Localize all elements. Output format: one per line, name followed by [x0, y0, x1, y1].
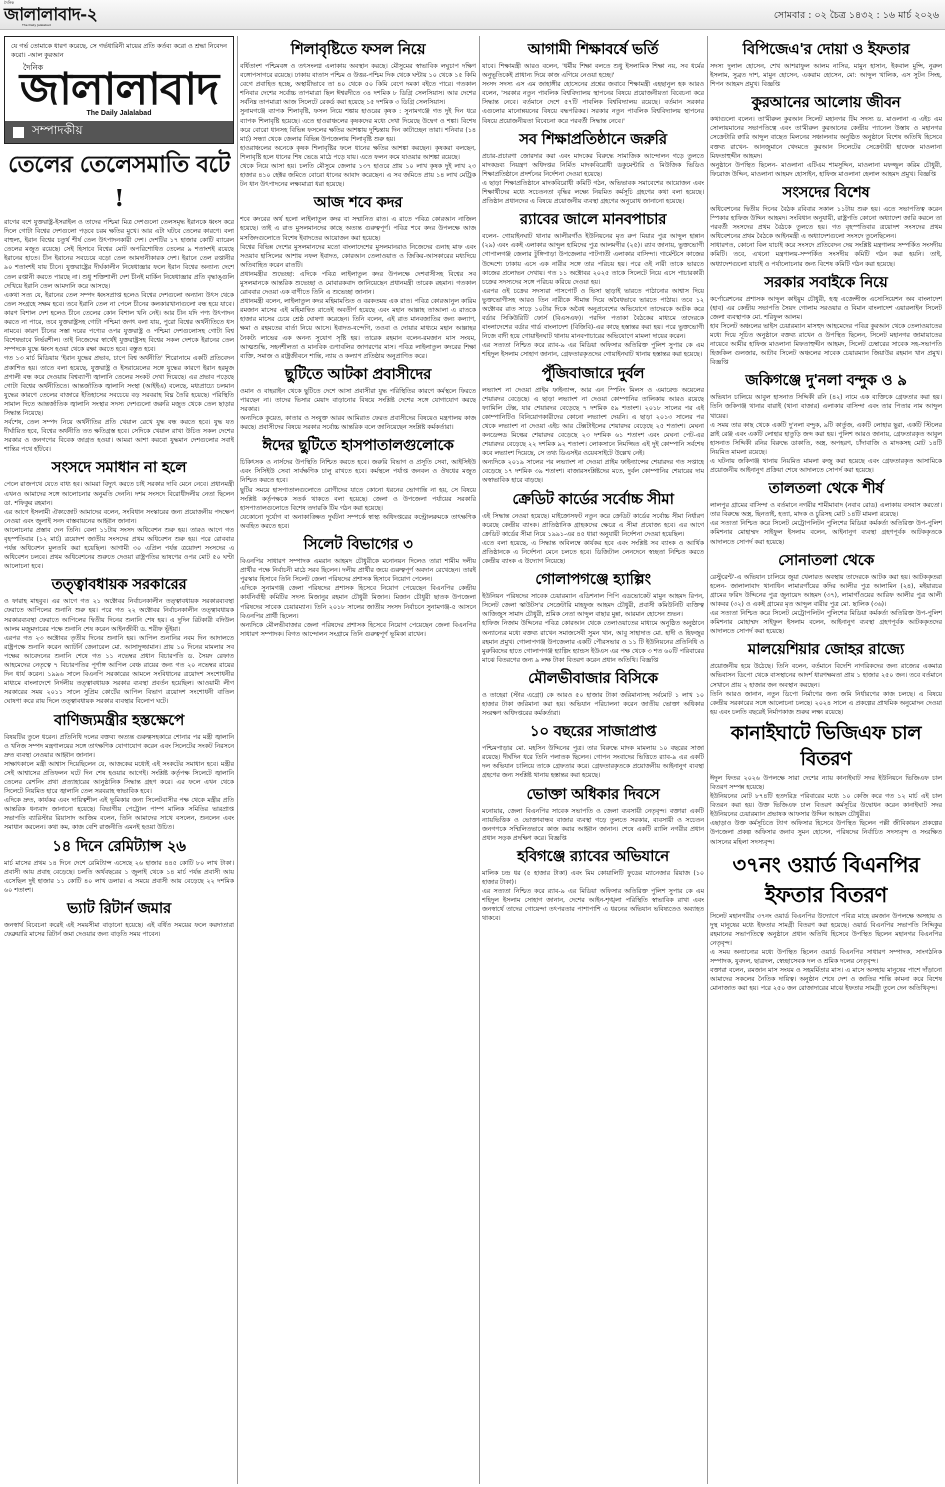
article-paragraph: সাধারণত, কোনো বিল যাচাই করে সংসদে প্রতিব…	[710, 241, 942, 268]
column-2: শিলাবৃষ্টিতে ফসল নিয়ে বর্ধিতাংশ পশ্চিমব…	[240, 36, 476, 1484]
article-paragraph: মালিক চন্দ্র ধর (৫ হাজার টাকা) এবং মিম ক…	[482, 869, 704, 887]
article-paragraph: এর আগে ইসলামী ঐক্যজোট আমাদের বলেন, সংবিধ…	[4, 508, 234, 526]
article-paragraph: এ সময় অন্যান্যের মধ্যে উপস্থিত ছিলেন ওয…	[710, 948, 942, 966]
article-paragraph: এই সিদ্ধান্ত নেওয়া হয়েছে। মাইক্রোসফট ন…	[482, 512, 704, 539]
logo-text: জালালাবাদ	[11, 62, 227, 114]
article-paragraph: অন্যদিকে মৌলভীবাজার জেলা পরিষদের প্রশাসক…	[240, 621, 476, 639]
article-paragraph: প্রধানমন্ত্রী বলেন, লাইলাতুল কদর মহিমামণ…	[240, 297, 476, 361]
article-paragraph: শবে কদরের অর্থ হলো লাইলাতুল কদর বা সম্মা…	[240, 215, 476, 242]
article-headline[interactable]: সব শিক্ষাপ্রতিষ্ঠানে জরুরি	[482, 129, 704, 150]
column-divider	[479, 36, 480, 1484]
article-headline[interactable]: সংসদের বিশেষ	[710, 182, 942, 203]
article-headline[interactable]: আগামী শিক্ষাবর্ষে ভর্তি	[482, 39, 704, 60]
column-1: যে গর্ভ তোমাকে ধারণ করেছে, সে গর্ভধারিনী…	[4, 36, 234, 1484]
page-brand: দৈনিক জালালাবাদ-২ The Daily Jalalabad	[4, 1, 97, 25]
article-paragraph: যেকোনো দুর্যোগ বা অনাকাঙ্ক্ষিত দুর্ঘটনা …	[240, 513, 476, 531]
article-headline[interactable]: ১৪ দিনে রেমিট্যান্স ২৬	[4, 836, 234, 857]
article-paragraph: হাব সিলেট অঞ্চলের ভাইস চেয়ারম্যান মাসহু…	[710, 322, 942, 367]
article-paragraph: এ সময় তার কাছ থেকে একটি দু'নলা বন্দুক, …	[710, 421, 942, 457]
article-paragraph: অভিযান চালিয়ে আবুল হাসনাত সিদ্দিকী রনি …	[710, 393, 942, 420]
article-headline[interactable]: মৌলভীবাজার বিসিকে	[482, 668, 704, 689]
article-headline[interactable]: পুঁজিবাজারে দুর্বল	[482, 363, 704, 384]
article-paragraph: তিনি আরও জানান, নতুন ডিপো নির্মাণের জন্য…	[710, 690, 942, 717]
article-paragraph: ও ফারাহ মাহবুব। এর আগে গত ২১ অক্টোবর নির…	[4, 597, 234, 633]
article-headline[interactable]: র‍্যাবের জালে মানবপাচার	[482, 209, 704, 230]
article-headline[interactable]: ছুটিতে আটকা প্রবাসীদের	[240, 364, 476, 385]
editorial-headline: তেলের তেলেসমাতি বটে !	[4, 148, 234, 216]
article-paragraph: জনস্বার্থ বিবেচনা করেই এই সময়সীমা বাড়া…	[4, 921, 234, 939]
article-paragraph: সুনামগঞ্জে ব্যাপক শিলাবৃষ্টি, ফসল নিয়ে …	[240, 107, 476, 143]
article-paragraph: রেস্টুরেন্ট'-এ অভিযান চালিয়ে জুয়া খেলা…	[710, 573, 942, 609]
article-paragraph: এর সত্যতা নিশ্চিত করে সিলেট মেট্রোপলিটন …	[710, 609, 942, 636]
article-paragraph: এর সত্যতা নিশ্চিত করে র‍্যাব-৯ এর মিডিয়…	[482, 341, 704, 359]
article-headline[interactable]: ৩৭নং ওয়ার্ড বিএনপির ইফতার বিতরণ	[710, 850, 942, 910]
article-paragraph: সদস্য দুলাল হোসেন, শেখ আশরাফুল আলম নাসির…	[710, 62, 942, 89]
article-paragraph: সংসদ সদস্য এস এম জাহাঙ্গীর হোসেনের প্রশ্…	[482, 80, 704, 125]
article-paragraph: অন্যদিকে কুয়েত, কাতার ও সংযুক্ত আরব আমি…	[240, 414, 476, 432]
article-headline[interactable]: কানাইঘাটে ভিজিএফ চাল বিতরণ	[710, 720, 942, 772]
newspaper-logo: দৈনিক জালালাবাদ The Daily Jalalabad	[11, 62, 227, 121]
article-paragraph: বর্ধিতাংশ পশ্চিমবঙ্গ ও তৎসংলগ্ন এলাকায় …	[240, 62, 476, 107]
article-headline[interactable]: ভোক্তা অধিকার দিবসে	[482, 784, 704, 805]
article-paragraph: এদিকে সুনামগঞ্জ জেলা পরিষদের প্রশাসক হিস…	[240, 584, 476, 620]
article-paragraph: হাফিজ নিজাম উদ্দিনের পবিত্র কোরআন থেকে ত…	[482, 619, 704, 664]
article-headline[interactable]: বিপিজেএ'র দোয়া ও ইফতার	[710, 39, 942, 60]
article-paragraph: যাবে। শিক্ষামন্ত্রী আরও বলেন, 'ধর্মীয় শ…	[482, 62, 704, 80]
article-paragraph: লভ্যাংশ না দেওয়া প্রাইম ফাইন্যান্স, আর …	[482, 386, 704, 459]
column-3: আগামী শিক্ষাবর্ষে ভর্তি যাবে। শিক্ষামন্ত…	[482, 36, 704, 1484]
article-paragraph: বিশ্বের বিভিন্ন দেশের মুসলমানদের মতো বাং…	[240, 243, 476, 270]
article-paragraph: সাক্ষাৎকালে মন্ত্রী আশ্বাস দিয়েছিলেন যে…	[4, 760, 234, 796]
editorial-paragraph: সর্বশেষ, তেল সম্পদ নিয়ে অর্থনীতির প্রতি…	[4, 418, 234, 454]
article-paragraph: এরপর ওই চক্রের সদস্যরা পাসপোর্ট ও ভিসা ছ…	[482, 287, 704, 342]
article-headline[interactable]: সিলেট বিভাগের ৩	[240, 534, 476, 555]
article-headline[interactable]: হবিগঞ্জে র‍্যাবের অভিযানে	[482, 846, 704, 867]
article-paragraph: প্রয়োজনীয় হয়ে উঠেছে। তিনি বলেন, বর্তম…	[710, 662, 942, 689]
article-headline[interactable]: তত্ত্বাবধায়ক সরকারের	[4, 574, 234, 595]
article-paragraph: থেকে নিয়ে আসা হয়। চলতি মৌসুমে জেলার ১৩…	[240, 162, 476, 189]
article-paragraph: এর সত্যতা নিশ্চিত করে র‍্যাব-৯ এর মিডিয়…	[482, 887, 704, 923]
article-paragraph: এ ছাড়া শিক্ষাপ্রতিষ্ঠানে মাদকবিরোধী কমি…	[482, 179, 704, 206]
article-paragraph: বিষয়টির তুলে ধরেন। প্রতিনিধি দলের বক্তব…	[4, 733, 234, 760]
article-paragraph: এর সত্যতা নিশ্চিত করে সিলেট মেট্রোপলিটন …	[710, 519, 942, 546]
article-paragraph: কর্পোরেশনের প্রশাসক আব্দুল কাইয়ুম চৌধুর…	[710, 295, 942, 322]
article-headline[interactable]: গোলাপগঞ্জে হ্যাল্পিং	[482, 569, 704, 590]
article-paragraph: এ ঘটনায় জকিগঞ্জ থানায় নিয়মিত মামলা রু…	[710, 457, 942, 475]
article-headline[interactable]: কুরআনের আলোয় জীবন	[710, 92, 942, 113]
logo-daily-label: দৈনিক	[23, 62, 43, 75]
article-paragraph: পশ্চিমপাড়ার মো. মহসিন উদ্দিনের পুত্র। ত…	[482, 744, 704, 780]
column-4: বিপিজেএ'র দোয়া ও ইফতার সদস্য দুলাল হোসে…	[710, 36, 942, 1484]
column-divider	[707, 36, 708, 1484]
article-paragraph: ছুটির সময়ে হাসপাতালগুলোতে রোগীদের যাতে …	[240, 486, 476, 513]
article-paragraph: চিকিৎসক ও নার্সদের উপস্থিতি নিশ্চিত করতে…	[240, 458, 476, 485]
article-paragraph: এদিকে দ্রুত, কার্যকর এবং দায়িত্বশীল এই …	[4, 796, 234, 832]
square-icon	[13, 127, 24, 138]
dateline: সোমবার : ০২ চৈত্র ১৪৩২ : ১৬ মার্চ ২০২৬	[774, 9, 939, 24]
editorial-paragraph: একথা সত্য যে, ইরানের তেল সম্পদ ধ্বংসপ্রা…	[4, 291, 234, 355]
page-header: দৈনিক জালালাবাদ-২ The Daily Jalalabad সো…	[0, 0, 945, 30]
article-headline[interactable]: ক্রেডিট কার্ডের সর্বোচ্চ সীমা	[482, 489, 704, 510]
article-headline[interactable]: আজ শবে কদর	[240, 192, 476, 213]
section-label: সম্পাদকীয়	[32, 122, 83, 142]
article-paragraph: অনুষ্ঠানে উপস্থিত ছিলেন- মাওলানা এটিএম শ…	[710, 161, 942, 179]
article-paragraph: এছাড়াও উক্ত কর্মসূচিতে ট্যাগ অফিসার হিস…	[710, 819, 942, 846]
article-paragraph: হাওরাঞ্চলের অনেকে কৃষক শিলাবৃষ্টির ফলে ধ…	[240, 144, 476, 162]
article-headline[interactable]: সোনাতলা থেকে	[710, 550, 942, 571]
article-headline[interactable]: ১০ বছরের সাজাপ্রাপ্ত	[482, 721, 704, 742]
article-headline[interactable]: তালতলা থেকে শীর্ষ	[710, 478, 942, 499]
editorial-box: যে গর্ভ তোমাকে ধারণ করেছে, সে গর্ভধারিনী…	[4, 36, 234, 144]
article-paragraph: সিলেট মহানগরীর ৩৭নং ওয়ার্ড বিএনপির উদ্য…	[710, 912, 942, 948]
article-paragraph: ও তাহেরা (স্টার এগ্রো) কে আরও ৫০ হাজার ট…	[482, 691, 704, 718]
article-paragraph: কথাগুলো বলেন। তা'মীরুল কুরআন সিলেট মহানগ…	[710, 115, 942, 160]
article-headline[interactable]: সংসদে সমাধান না হলে	[4, 457, 234, 478]
brand-english-label: The Daily Jalalabad	[22, 23, 51, 27]
article-paragraph: বক্তারা বলেন, রমজান মাস সংযম ও সহমর্মিতা…	[710, 966, 942, 993]
column-divider	[237, 36, 238, 1484]
article-paragraph: বিএনপির সাধারণ সম্পাদক এমরান আহমদ চৌধুরী…	[240, 557, 476, 584]
section-bar-editorial: সম্পাদকীয়	[5, 121, 233, 143]
article-headline[interactable]: ভ্যাট রিটার্ন জমার	[4, 898, 234, 919]
article-paragraph: প্রচার-প্রচারণা জোরদার করা এবং মাদকের বি…	[482, 152, 704, 179]
article-paragraph: এতে বলা হয়েছে, এ সিদ্ধান্ত অবিলম্বে কার…	[482, 539, 704, 566]
article-paragraph: এরপর গত ২৩ অক্টোবর তৃতীয় দিনের শুনানি হ…	[4, 634, 234, 707]
article-paragraph: ঈদুল ফিতর ২০২৬ উপলক্ষে সারা দেশের ন্যায়…	[710, 774, 942, 792]
article-paragraph: বলেন- গোয়াইনঘাট থানার আলীরগাঁও ইউনিয়নে…	[482, 232, 704, 287]
article-headline[interactable]: জকিগঞ্জে দু'নলা বন্দুক ও ৯	[710, 370, 942, 391]
article-paragraph: পেলে রাজপথে যেতে বাধ্য হব। আমরা বিদ্যুৎ …	[4, 480, 234, 507]
article-paragraph: আলোচনার প্রস্তাব দেন তিনি। বেলা ১১টায় স…	[4, 526, 234, 571]
article-paragraph: ইউনিয়নের মোট ৮৭৪টি হতদরিদ্র পরিবারের মধ…	[710, 792, 942, 819]
article-paragraph: অধিবেশনের দ্বিতীয় দিনের বৈঠক রবিবার সকা…	[710, 205, 942, 241]
article-headline[interactable]: শিলাবৃষ্টিতে ফসল নিয়ে	[240, 39, 476, 60]
quran-quote: যে গর্ভ তোমাকে ধারণ করেছে, সে গর্ভধারিনী…	[11, 42, 227, 60]
article-paragraph: ইউনিয়ন পরিষদের সাবেক চেয়ারম্যান এডিশনা…	[482, 592, 704, 619]
article-paragraph: অন্যদিকে ২০১৯ সালের পর লভ্যাংশ না দেওয়া…	[482, 458, 704, 485]
article-paragraph: প্রধানমন্ত্রীর শুভেচ্ছা: এদিকে পবিত্র লা…	[240, 270, 476, 297]
article-paragraph: ওমান ও বাহরাইন থেকে ছুটিতে দেশে আসা প্রব…	[240, 387, 476, 414]
article-paragraph: মার্চ মাসের প্রথম ১৪ দিনে দেশে রেমিট্যান…	[4, 859, 234, 895]
page-title: জালালাবাদ-২	[4, 5, 97, 25]
article-headline[interactable]: ঈদের ছুটিতে হাসপাতালগুলোকে	[240, 435, 476, 456]
article-paragraph: লালপুর গ্রামের বাসিন্দা ও বর্তমানে নগরীর…	[710, 501, 942, 519]
editorial-paragraph: রাগের বশে যুক্তরাষ্ট্র-ইসরাইল ও তাদের পশ…	[4, 218, 234, 291]
article-headline[interactable]: মালয়েশিয়ার জোহর রাজ্যে	[710, 639, 942, 660]
editorial-paragraph: গত ১৩ মার্চ মিডিয়ায় 'ইরান যুদ্ধের প্রভ…	[4, 354, 234, 418]
article-headline[interactable]: সরকার সবাইকে নিয়ে	[710, 272, 942, 293]
article-headline[interactable]: বাণিজ্যমন্ত্রীর হস্তক্ষেপে	[4, 710, 234, 731]
article-paragraph: মনোয়ার, জেলা বিএনপির সাবেক সভাপতি ও জেল…	[482, 807, 704, 843]
